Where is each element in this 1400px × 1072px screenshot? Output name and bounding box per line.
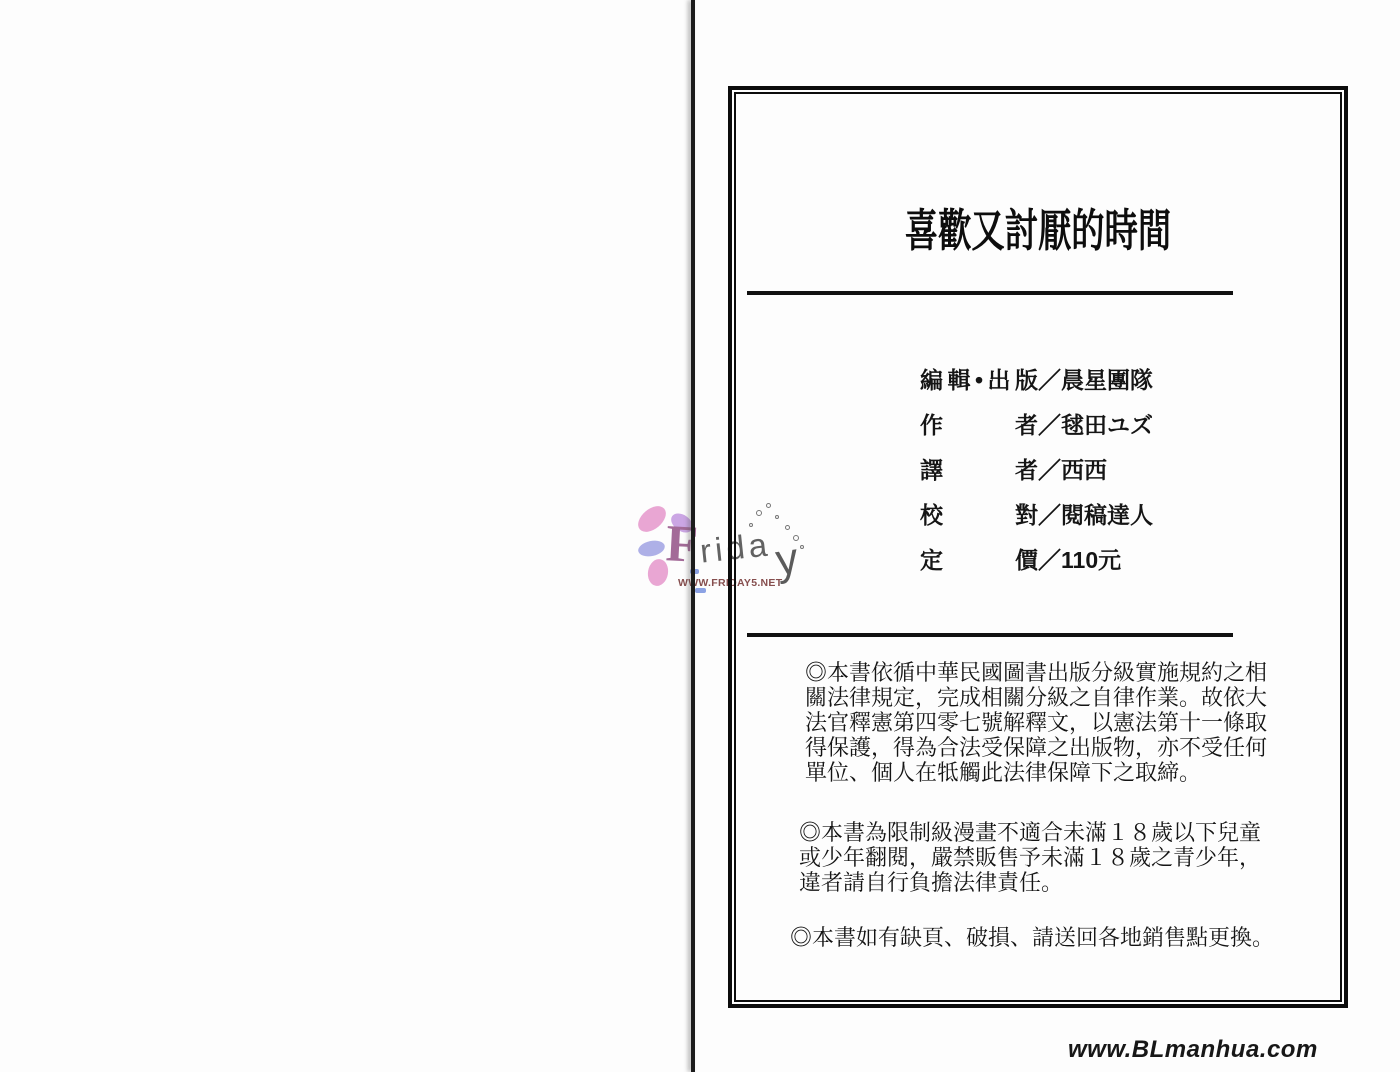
- credit-value: 毬田ユズ: [1061, 407, 1153, 440]
- flower-petal-icon: [633, 501, 670, 537]
- flower-petal-icon: [637, 538, 667, 558]
- credit-label: 編輯•出版: [920, 362, 1038, 395]
- credit-row: 校對／閱稿達人: [920, 491, 1153, 536]
- notices-divider: [747, 633, 1233, 637]
- credit-separator: ／: [1038, 407, 1061, 440]
- notice-line: 法官釋憲第四零七號解釋文，以憲法第十一條取: [805, 710, 1267, 735]
- notice-line: ◎本書如有缺頁、破損、請送回各地銷售點更換。: [790, 925, 1274, 950]
- credit-row: 作者／毬田ユズ: [920, 401, 1153, 446]
- credit-value: 西西: [1061, 452, 1107, 485]
- credit-value: 閱稿達人: [1061, 497, 1153, 530]
- notice-line: 或少年翻閱，嚴禁販售予未滿１８歲之青少年，: [799, 845, 1261, 870]
- title-divider: [747, 291, 1233, 295]
- colophon-frame: 喜歡又討厭的時間 編輯•出版／晨星團隊 作者／毬田ユズ 譯者／西西 校對／閱稿達…: [728, 86, 1348, 1008]
- colophon-frame-inner: 喜歡又討厭的時間 編輯•出版／晨星團隊 作者／毬田ユズ 譯者／西西 校對／閱稿達…: [734, 92, 1342, 1002]
- notice-line: 單位、個人在牴觸此法律保障下之取締。: [805, 760, 1267, 785]
- credit-separator: ／: [1038, 452, 1061, 485]
- credit-value: 晨星團隊: [1061, 362, 1153, 395]
- credit-separator: ／: [1038, 542, 1061, 575]
- credits-list: 編輯•出版／晨星團隊 作者／毬田ユズ 譯者／西西 校對／閱稿達人 定價／110元: [920, 356, 1153, 581]
- credit-label: 定價: [920, 542, 1038, 575]
- credit-label: 校對: [920, 497, 1038, 530]
- notice-paragraph: ◎本書為限制級漫畫不適合未滿１８歲以下兒童 或少年翻閱，嚴禁販售予未滿１８歲之青…: [799, 820, 1261, 895]
- credit-row: 編輯•出版／晨星團隊: [920, 356, 1153, 401]
- notice-line: ◎本書為限制級漫畫不適合未滿１８歲以下兒童: [799, 820, 1261, 845]
- notice-line: 違者請自行負擔法律責任。: [799, 870, 1261, 895]
- notice-line: ◎本書依循中華民國圖書出版分級實施規約之相: [805, 660, 1267, 685]
- credit-row: 譯者／西西: [920, 446, 1153, 491]
- book-title: 喜歡又討厭的時間: [736, 194, 1340, 259]
- notice-paragraph: ◎本書依循中華民國圖書出版分級實施規約之相 關法律規定，完成相關分級之自律作業。…: [805, 660, 1267, 785]
- page-gutter-line: [691, 0, 695, 1072]
- credit-separator: ／: [1038, 362, 1061, 395]
- scanned-page-spread: F rida y WWW.FRIDAY5.NET 喜歡又討厭的時間 編輯•出版／…: [0, 0, 1400, 1072]
- footer-site-url: www.BLmanhua.com: [1068, 1036, 1318, 1064]
- credit-label: 作者: [920, 407, 1038, 440]
- credit-row: 定價／110元: [920, 536, 1153, 581]
- credit-separator: ／: [1038, 497, 1061, 530]
- credit-label: 譯者: [920, 452, 1038, 485]
- credit-value: 110元: [1061, 542, 1121, 575]
- notice-line: 關法律規定，完成相關分級之自律作業。故依大: [805, 685, 1267, 710]
- notice-paragraph: ◎本書如有缺頁、破損、請送回各地銷售點更換。: [790, 925, 1274, 950]
- notice-line: 得保護，得為合法受保障之出版物，亦不受任何: [805, 735, 1267, 760]
